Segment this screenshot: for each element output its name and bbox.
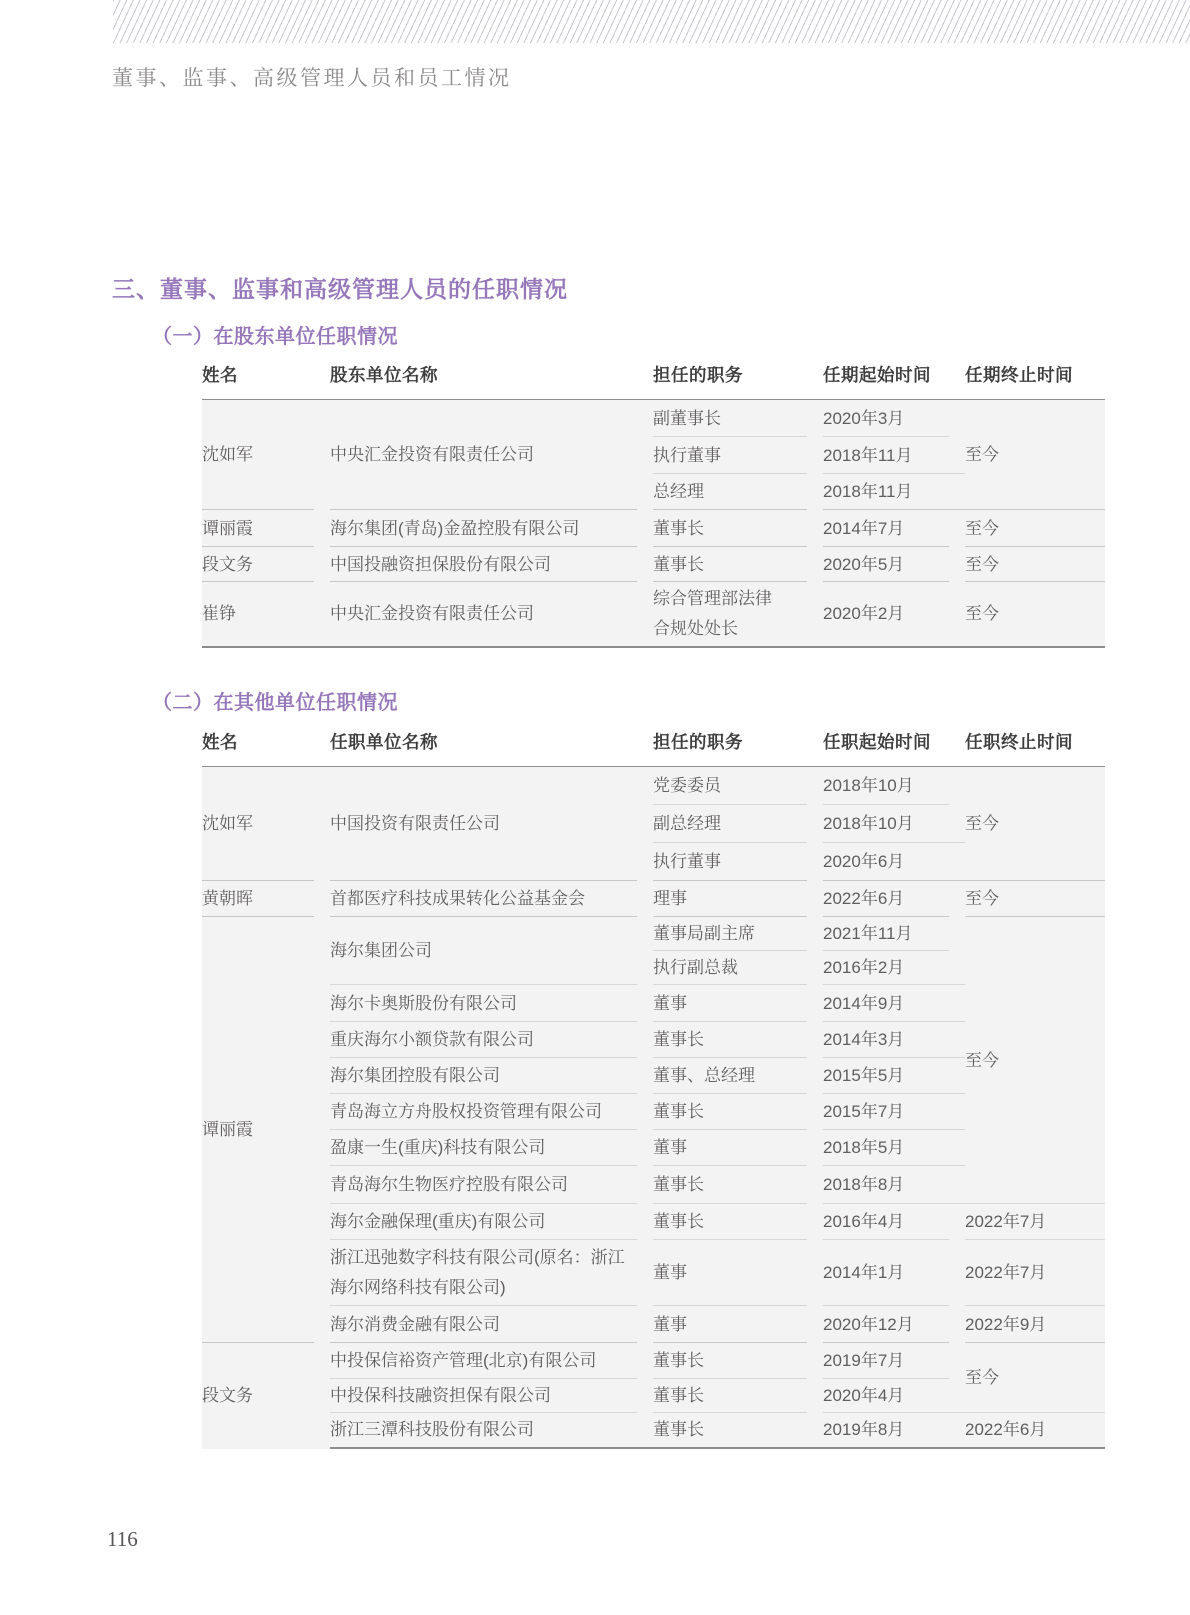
- position-cell: 董事局副主席: [653, 917, 823, 951]
- subsection-1-title: （一）在股东单位任职情况: [152, 320, 398, 349]
- start-date-cell: 2014年9月: [823, 985, 965, 1022]
- start-date-cell: 2020年4月: [823, 1379, 965, 1413]
- position-cell: 董事长: [653, 547, 823, 582]
- start-date-cell: 2020年5月: [823, 547, 965, 582]
- end-date-cell: 2022年9月: [965, 1306, 1105, 1343]
- start-date-cell: 2020年3月: [823, 400, 965, 437]
- position-cell: 董事长: [653, 1166, 823, 1204]
- position-cell: 董事长: [653, 1094, 823, 1130]
- table-row: 崔铮 中央汇金投资有限责任公司 综合管理部法律合规处处长 2020年2月 至今: [202, 582, 1105, 648]
- start-date-cell: 2018年5月: [823, 1130, 965, 1166]
- name-cell: 谭丽霞: [202, 917, 330, 1343]
- end-date-cell: 2022年6月: [965, 1413, 1105, 1449]
- start-date-cell: 2018年8月: [823, 1166, 965, 1204]
- end-date-cell: 至今: [965, 1343, 1105, 1413]
- name-cell: 段文务: [202, 1343, 330, 1449]
- name-cell: 黄朝晖: [202, 881, 330, 917]
- end-date-cell: 至今: [965, 881, 1105, 917]
- name-cell: 谭丽霞: [202, 510, 330, 547]
- page-number: 116: [107, 1527, 138, 1552]
- column-header: 担任的职务: [653, 356, 823, 400]
- position-cell: 党委委员: [653, 767, 823, 805]
- position-cell: 董事长: [653, 1413, 823, 1449]
- start-date-cell: 2016年4月: [823, 1204, 965, 1240]
- start-date-cell: 2014年7月: [823, 510, 965, 547]
- column-header: 任期终止时间: [965, 356, 1105, 400]
- column-header: 任职终止时间: [965, 725, 1105, 767]
- table-row: 浙江三潭科技股份有限公司 董事长 2019年8月 2022年6月: [202, 1413, 1105, 1449]
- position-cell: 董事: [653, 985, 823, 1022]
- position-cell: 董事、总经理: [653, 1058, 823, 1094]
- position-cell: 综合管理部法律合规处处长: [653, 582, 823, 648]
- start-date-cell: 2020年6月: [823, 843, 965, 881]
- position-cell: 董事: [653, 1240, 823, 1306]
- company-cell: 青岛海立方舟股权投资管理有限公司: [330, 1094, 653, 1130]
- start-date-cell: 2021年11月: [823, 917, 965, 951]
- start-date-cell: 2014年3月: [823, 1022, 965, 1058]
- end-date-cell: 至今: [965, 917, 1105, 1204]
- end-date-cell: 至今: [965, 510, 1105, 547]
- table-row: 谭丽霞 海尔集团公司 董事局副主席 2021年11月 至今: [202, 917, 1105, 951]
- company-cell: 重庆海尔小额贷款有限公司: [330, 1022, 653, 1058]
- table-row: 浙江迅弛数字科技有限公司(原名：浙江海尔网络科技有限公司) 董事 2014年1月…: [202, 1240, 1105, 1306]
- name-cell: 沈如军: [202, 400, 330, 510]
- end-date-cell: 至今: [965, 400, 1105, 510]
- start-date-cell: 2014年1月: [823, 1240, 965, 1306]
- company-cell: 海尔消费金融有限公司: [330, 1306, 653, 1343]
- end-date-cell: 至今: [965, 767, 1105, 881]
- position-cell: 董事: [653, 1306, 823, 1343]
- column-header: 任职起始时间: [823, 725, 965, 767]
- company-cell: 海尔集团公司: [330, 917, 653, 985]
- position-cell: 副总经理: [653, 805, 823, 843]
- end-date-cell: 2022年7月: [965, 1240, 1105, 1306]
- page: 董事、监事、高级管理人员和员工情况 三、董事、监事和高级管理人员的任职情况 （一…: [0, 0, 1190, 1615]
- position-cell: 董事长: [653, 1022, 823, 1058]
- company-cell: 中央汇金投资有限责任公司: [330, 582, 653, 648]
- start-date-cell: 2015年7月: [823, 1094, 965, 1130]
- column-header: 任职单位名称: [330, 725, 653, 767]
- position-cell: 执行董事: [653, 437, 823, 474]
- company-cell: 中投保科技融资担保有限公司: [330, 1379, 653, 1413]
- end-date-cell: 至今: [965, 547, 1105, 582]
- company-cell: 青岛海尔生物医疗控股有限公司: [330, 1166, 653, 1204]
- table-row: 黄朝晖 首都医疗科技成果转化公益基金会 理事 2022年6月 至今: [202, 881, 1105, 917]
- company-cell: 中国投融资担保股份有限公司: [330, 547, 653, 582]
- position-cell: 理事: [653, 881, 823, 917]
- position-cell: 执行董事: [653, 843, 823, 881]
- column-header: 任期起始时间: [823, 356, 965, 400]
- start-date-cell: 2019年8月: [823, 1413, 965, 1449]
- position-cell: 总经理: [653, 474, 823, 510]
- end-date-cell: 2022年7月: [965, 1204, 1105, 1240]
- table-header-row: 姓名 股东单位名称 担任的职务 任期起始时间 任期终止时间: [202, 356, 1105, 400]
- subsection-2-title: （二）在其他单位任职情况: [152, 686, 398, 715]
- top-hatch-band: [113, 0, 1190, 43]
- position-cell: 董事长: [653, 1204, 823, 1240]
- table-row: 段文务 中投保信裕资产管理(北京)有限公司 董事长 2019年7月 至今: [202, 1343, 1105, 1379]
- column-header: 姓名: [202, 725, 330, 767]
- start-date-cell: 2020年2月: [823, 582, 965, 648]
- company-cell: 海尔卡奥斯股份有限公司: [330, 985, 653, 1022]
- position-cell: 副董事长: [653, 400, 823, 437]
- company-cell: 中国投资有限责任公司: [330, 767, 653, 881]
- name-cell: 崔铮: [202, 582, 330, 648]
- company-cell: 海尔集团控股有限公司: [330, 1058, 653, 1094]
- table-row: 谭丽霞 海尔集团(青岛)金盈控股有限公司 董事长 2014年7月 至今: [202, 510, 1105, 547]
- column-header: 担任的职务: [653, 725, 823, 767]
- company-cell: 海尔集团(青岛)金盈控股有限公司: [330, 510, 653, 547]
- company-cell: 海尔金融保理(重庆)有限公司: [330, 1204, 653, 1240]
- start-date-cell: 2018年10月: [823, 805, 965, 843]
- company-cell: 首都医疗科技成果转化公益基金会: [330, 881, 653, 917]
- table-row: 沈如军 中国投资有限责任公司 党委委员 2018年10月 至今: [202, 767, 1105, 805]
- start-date-cell: 2020年12月: [823, 1306, 965, 1343]
- position-cell: 执行副总裁: [653, 951, 823, 985]
- start-date-cell: 2018年10月: [823, 767, 965, 805]
- start-date-cell: 2016年2月: [823, 951, 965, 985]
- start-date-cell: 2018年11月: [823, 437, 965, 474]
- column-header: 姓名: [202, 356, 330, 400]
- start-date-cell: 2019年7月: [823, 1343, 965, 1379]
- start-date-cell: 2018年11月: [823, 474, 965, 510]
- company-cell: 中央汇金投资有限责任公司: [330, 400, 653, 510]
- end-date-cell: 至今: [965, 582, 1105, 648]
- other-positions-table: 姓名 任职单位名称 担任的职务 任职起始时间 任职终止时间 沈如军 中国投资有限…: [202, 725, 1105, 1449]
- name-cell: 沈如军: [202, 767, 330, 881]
- start-date-cell: 2015年5月: [823, 1058, 965, 1094]
- shareholder-positions-table: 姓名 股东单位名称 担任的职务 任期起始时间 任期终止时间 沈如军 中央汇金投资…: [202, 356, 1105, 648]
- section-title: 三、董事、监事和高级管理人员的任职情况: [112, 271, 568, 304]
- table-header-row: 姓名 任职单位名称 担任的职务 任职起始时间 任职终止时间: [202, 725, 1105, 767]
- company-cell: 浙江三潭科技股份有限公司: [330, 1413, 653, 1449]
- start-date-cell: 2022年6月: [823, 881, 965, 917]
- table-row: 沈如军 中央汇金投资有限责任公司 副董事长 2020年3月 至今: [202, 400, 1105, 437]
- name-cell: 段文务: [202, 547, 330, 582]
- table-row: 海尔消费金融有限公司 董事 2020年12月 2022年9月: [202, 1306, 1105, 1343]
- column-header: 股东单位名称: [330, 356, 653, 400]
- company-cell: 浙江迅弛数字科技有限公司(原名：浙江海尔网络科技有限公司): [330, 1240, 653, 1306]
- position-cell: 董事长: [653, 1379, 823, 1413]
- position-cell: 董事长: [653, 1343, 823, 1379]
- table-row: 海尔金融保理(重庆)有限公司 董事长 2016年4月 2022年7月: [202, 1204, 1105, 1240]
- company-cell: 中投保信裕资产管理(北京)有限公司: [330, 1343, 653, 1379]
- table-row: 段文务 中国投融资担保股份有限公司 董事长 2020年5月 至今: [202, 547, 1105, 582]
- position-cell: 董事: [653, 1130, 823, 1166]
- position-cell: 董事长: [653, 510, 823, 547]
- document-header: 董事、监事、高级管理人员和员工情况: [112, 62, 512, 92]
- company-cell: 盈康一生(重庆)科技有限公司: [330, 1130, 653, 1166]
